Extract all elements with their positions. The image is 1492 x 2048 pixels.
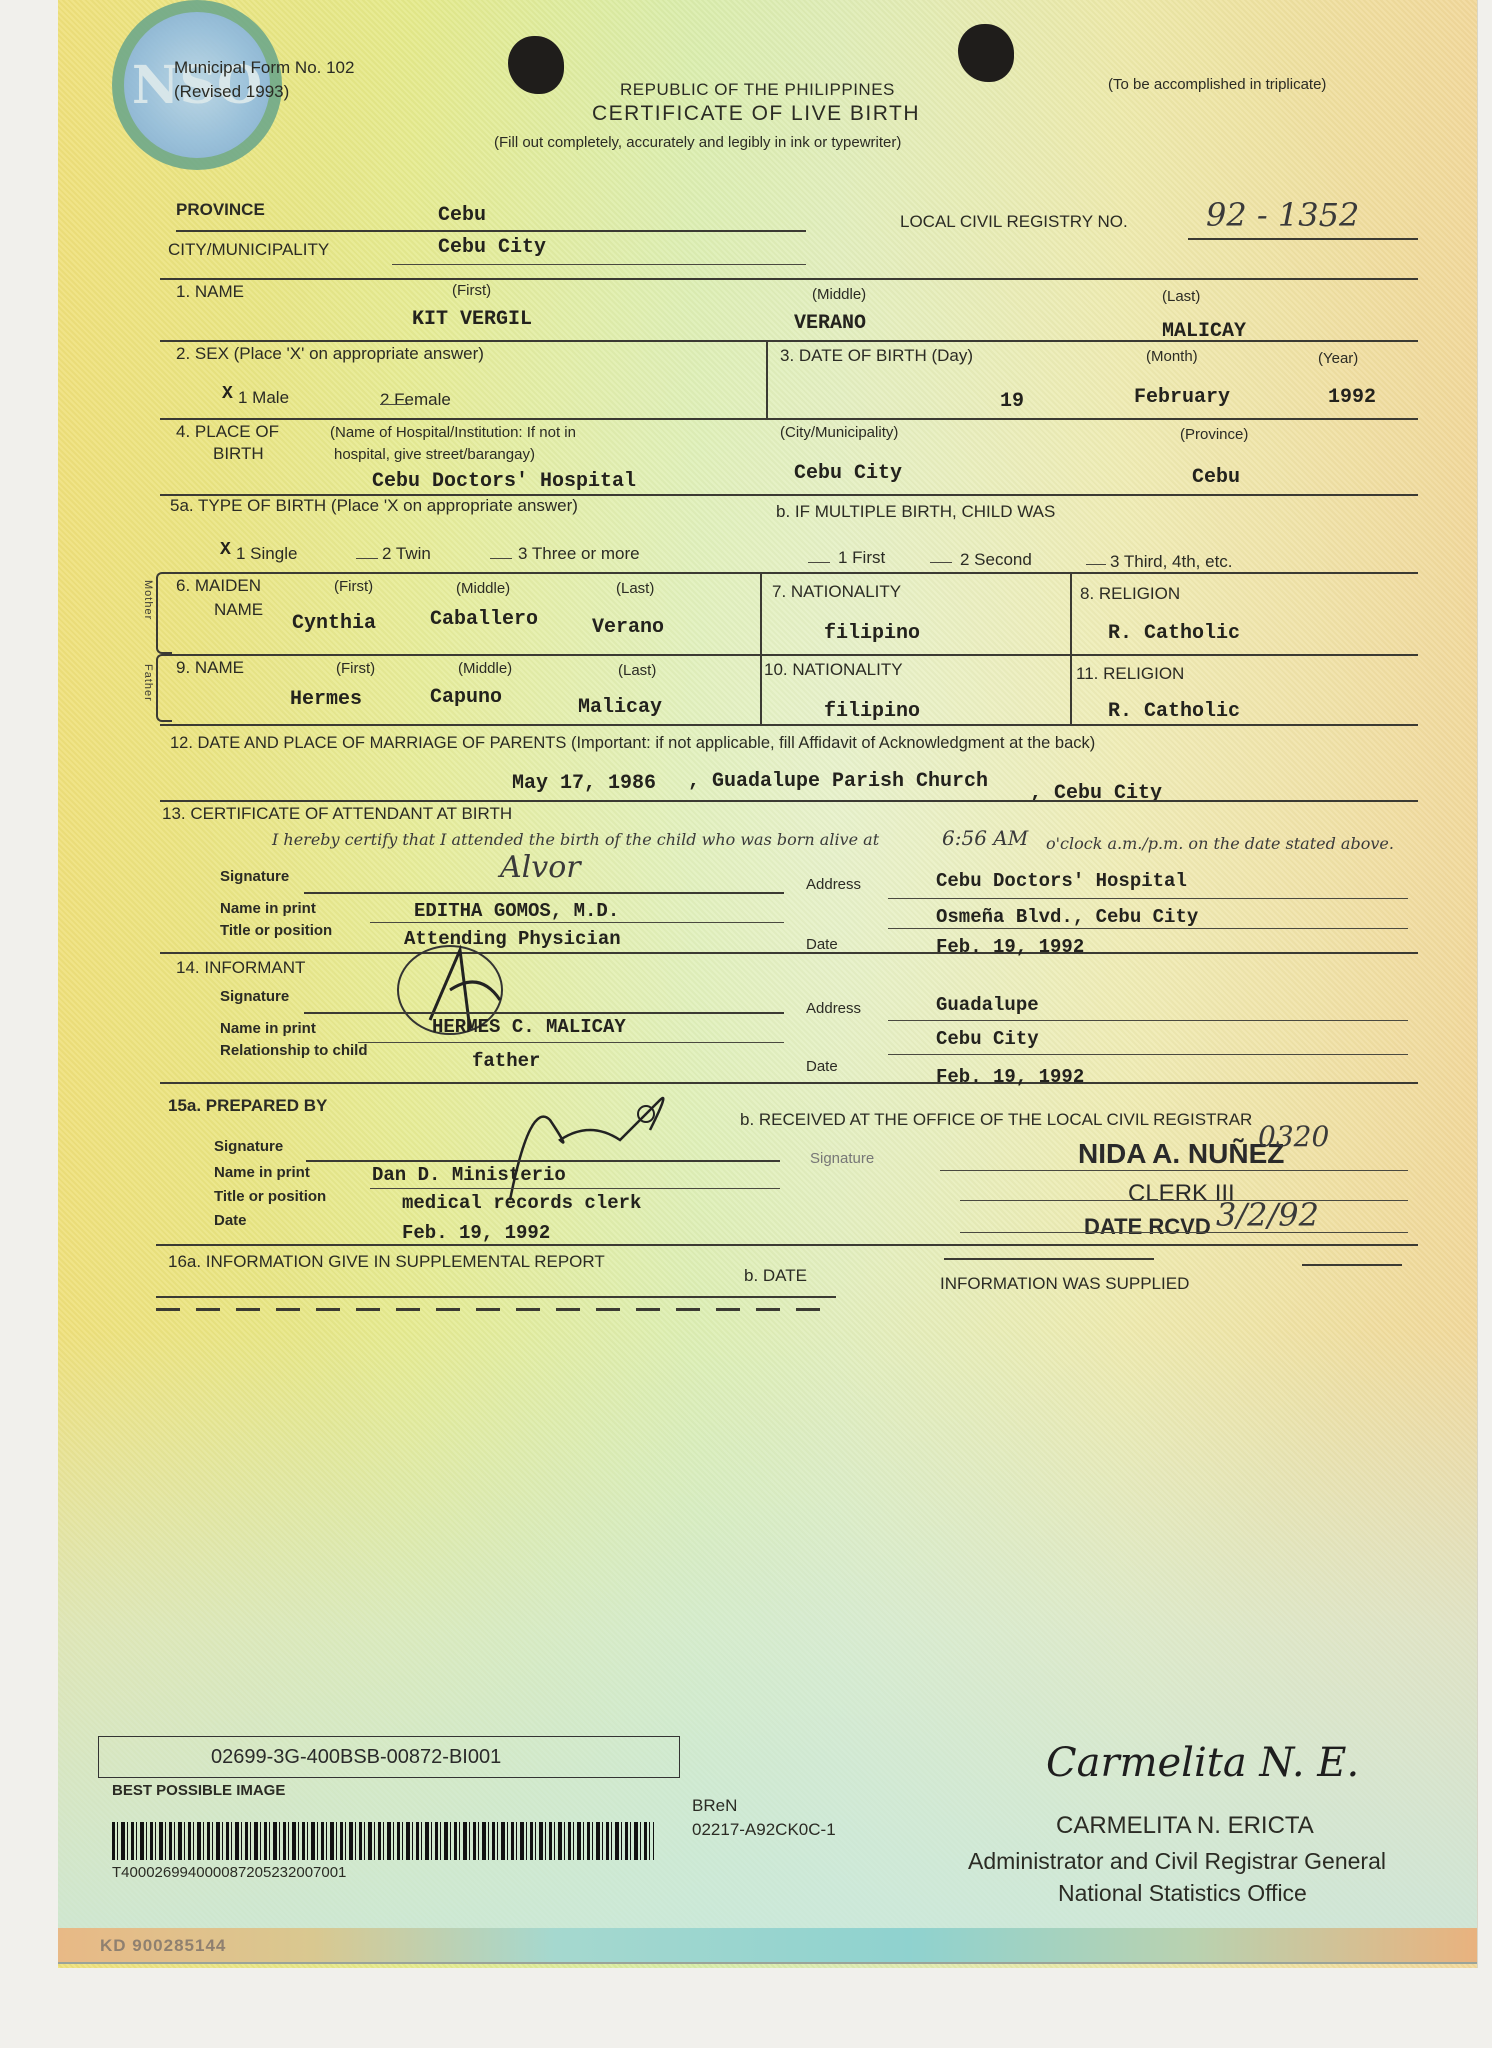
prepared-label: 15a. PREPARED BY — [168, 1096, 327, 1116]
republic-heading: REPUBLIC OF THE PHILIPPINES — [620, 80, 895, 100]
attendant-signature-label: Signature — [220, 868, 289, 885]
informant-relationship: father — [472, 1050, 540, 1072]
informant-label: 14. INFORMANT — [176, 958, 305, 978]
father-name-label: 9. NAME — [176, 658, 244, 678]
pob-province-label: (Province) — [1180, 426, 1248, 443]
attendant-certify-suffix: o'clock a.m./p.m. on the date stated abo… — [1046, 834, 1394, 853]
supplemental-label: 16a. INFORMATION GIVE IN SUPPLEMENTAL RE… — [168, 1252, 605, 1272]
pob-city: Cebu City — [794, 462, 902, 485]
bren-label: BReN — [692, 1796, 737, 1816]
mother-last-name: Verano — [592, 616, 664, 639]
type-mark: X — [220, 540, 231, 560]
type-option-single[interactable]: 1 Single — [236, 544, 297, 564]
attendant-signature: Alvor — [500, 850, 581, 885]
informant-date: Feb. 19, 1992 — [936, 1066, 1084, 1088]
lcr-number: 92 - 1352 — [1206, 196, 1359, 234]
type-of-birth-label: 5a. TYPE OF BIRTH (Place 'X on appropria… — [170, 496, 578, 516]
informant-name-label: Name in print — [220, 1020, 316, 1037]
mother-label-2: NAME — [214, 600, 263, 620]
father-side-label: Father — [142, 664, 154, 702]
received-stamp-number: 0320 — [1258, 1120, 1329, 1153]
registrar-general-name: CARMELITA N. ERICTA — [1056, 1812, 1314, 1840]
mother-religion-label: 8. RELIGION — [1080, 584, 1180, 604]
registrar-general-title: Administrator and Civil Registrar Genera… — [968, 1848, 1386, 1875]
best-possible-image-label: BEST POSSIBLE IMAGE — [112, 1782, 285, 1799]
marriage-label: 12. DATE AND PLACE OF MARRIAGE OF PARENT… — [170, 734, 1095, 753]
attendant-date: Feb. 19, 1992 — [936, 936, 1084, 958]
attendant-certify-text: I hereby certify that I attended the bir… — [272, 830, 879, 849]
mother-brace — [156, 572, 172, 654]
mother-first-name: Cynthia — [292, 612, 376, 635]
father-nationality: filipino — [824, 700, 920, 723]
registrar-general-signature: Carmelita N. E. — [1046, 1740, 1359, 1786]
informant-signature-label: Signature — [220, 988, 289, 1005]
father-last-name: Malicay — [578, 696, 662, 719]
received-stamp-name: NIDA A. NUÑEZ — [1078, 1138, 1284, 1170]
dob-day: 19 — [1000, 390, 1024, 413]
month-label: (Month) — [1146, 348, 1198, 365]
first-label: (First) — [452, 282, 491, 299]
punch-hole-icon — [508, 36, 564, 94]
sex-label: 2. SEX (Place 'X' on appropriate answer) — [176, 344, 484, 364]
received-stamp-date: 3/2/92 — [1216, 1196, 1319, 1234]
dob-label: 3. DATE OF BIRTH (Day) — [780, 346, 973, 366]
informant-address-1: Guadalupe — [936, 994, 1039, 1016]
received-signature-label: Signature — [810, 1150, 874, 1167]
attendant-address-1: Cebu Doctors' Hospital — [936, 870, 1187, 892]
father-religion: R. Catholic — [1108, 700, 1240, 723]
attendant-name-label: Name in print — [220, 900, 316, 917]
type-option-three[interactable]: 3 Three or more — [518, 544, 640, 564]
attendant-label: 13. CERTIFICATE OF ATTENDANT AT BIRTH — [162, 804, 512, 824]
prepared-title: medical records clerk — [402, 1192, 641, 1214]
mother-label-1: 6. MAIDEN — [176, 576, 261, 596]
office-name: National Statistics Office — [1058, 1880, 1307, 1907]
sex-mark: X — [222, 384, 233, 404]
triplicate-note: (To be accomplished in triplicate) — [1108, 76, 1326, 93]
attendant-name: EDITHA GOMOS, M.D. — [414, 900, 619, 922]
type-option-twin[interactable]: 2 Twin — [382, 544, 431, 564]
control-number-box: 02699-3G-400BSB-00872-BI001 — [98, 1736, 680, 1778]
multiple-birth-label: b. IF MULTIPLE BIRTH, CHILD WAS — [776, 502, 1055, 522]
mother-last-label: (Last) — [616, 580, 654, 597]
mother-middle-name: Caballero — [430, 608, 538, 631]
punch-hole-icon — [958, 24, 1014, 82]
mother-religion: R. Catholic — [1108, 622, 1240, 645]
form-number: Municipal Form No. 102 — [174, 58, 354, 78]
dob-month: February — [1134, 386, 1230, 409]
father-brace — [156, 654, 172, 722]
bren-number: 02217-A92CK0C-1 — [692, 1820, 836, 1840]
mother-first-label: (First) — [334, 578, 373, 595]
city-label: CITY/MUNICIPALITY — [168, 240, 329, 260]
dob-year: 1992 — [1328, 386, 1376, 409]
marriage-place: , Guadalupe Parish Church — [688, 770, 988, 793]
sex-option-female[interactable]: 2 Female — [380, 390, 451, 410]
pob-city-label: (City/Municipality) — [780, 424, 898, 441]
multiple-option-second[interactable]: 2 Second — [960, 550, 1032, 570]
form-revision: (Revised 1993) — [174, 82, 289, 102]
child-middle-name: VERANO — [794, 312, 866, 335]
pob-hospital: Cebu Doctors' Hospital — [372, 470, 636, 493]
informant-date-label: Date — [806, 1058, 838, 1075]
pob-province: Cebu — [1192, 466, 1240, 489]
certificate-title: CERTIFICATE OF LIVE BIRTH — [592, 102, 920, 126]
father-middle-label: (Middle) — [458, 660, 512, 677]
prepared-name: Dan D. Ministerio — [372, 1164, 566, 1186]
attendant-address-label: Address — [806, 876, 861, 893]
year-label: (Year) — [1318, 350, 1358, 367]
supplemental-info-label: INFORMATION WAS SUPPLIED — [940, 1274, 1189, 1294]
security-strip: KD 900285144 — [58, 1928, 1477, 1964]
supplemental-date-label: b. DATE — [744, 1266, 807, 1286]
birth-certificate-page: KD 900285144 — [58, 0, 1478, 1968]
received-stamp-date-label: DATE RCVD — [1084, 1214, 1211, 1240]
attendant-date-label: Date — [806, 936, 838, 953]
mother-nationality-label: 7. NATIONALITY — [772, 582, 901, 602]
preparer-signature-icon — [470, 1080, 690, 1210]
province-value: Cebu — [438, 204, 486, 227]
father-last-label: (Last) — [618, 662, 656, 679]
prepared-date-label: Date — [214, 1212, 247, 1229]
mother-side-label: Mother — [142, 580, 154, 620]
child-first-name: KIT VERGIL — [412, 308, 532, 331]
last-label: (Last) — [1162, 288, 1200, 305]
mother-nationality: filipino — [824, 622, 920, 645]
received-label: b. RECEIVED AT THE OFFICE OF THE LOCAL C… — [740, 1110, 1252, 1130]
multiple-option-third[interactable]: 3 Third, 4th, etc. — [1110, 552, 1233, 572]
prepared-date: Feb. 19, 1992 — [402, 1222, 550, 1244]
father-religion-label: 11. RELIGION — [1076, 664, 1184, 684]
attendant-birth-time: 6:56 AM — [942, 826, 1028, 850]
pob-label-2: BIRTH — [213, 444, 264, 464]
city-value: Cebu City — [438, 236, 546, 259]
middle-label: (Middle) — [812, 286, 866, 303]
mother-middle-label: (Middle) — [456, 580, 510, 597]
province-label: PROVINCE — [176, 200, 265, 220]
prepared-title-label: Title or position — [214, 1188, 326, 1205]
attendant-title-label: Title or position — [220, 922, 332, 939]
pob-label-1: 4. PLACE OF — [176, 422, 279, 442]
lcr-label: LOCAL CIVIL REGISTRY NO. — [900, 212, 1128, 232]
informant-address-label: Address — [806, 1000, 861, 1017]
father-first-name: Hermes — [290, 688, 362, 711]
prepared-name-label: Name in print — [214, 1164, 310, 1181]
informant-address-2: Cebu City — [936, 1028, 1039, 1050]
father-first-label: (First) — [336, 660, 375, 677]
informant-name: HERMES C. MALICAY — [432, 1016, 626, 1038]
child-name-label: 1. NAME — [176, 282, 244, 302]
father-middle-name: Capuno — [430, 686, 502, 709]
fill-instruction: (Fill out completely, accurately and leg… — [494, 134, 901, 151]
barcode-text: T400026994000087205232007001 — [112, 1864, 346, 1881]
marriage-date: May 17, 1986 — [512, 772, 656, 795]
serial-number: KD 900285144 — [100, 1936, 226, 1956]
informant-relationship-label: Relationship to child — [220, 1042, 368, 1059]
pob-hint-1: (Name of Hospital/Institution: If not in — [330, 424, 576, 441]
sex-option-male[interactable]: 1 Male — [238, 388, 289, 408]
prepared-signature-label: Signature — [214, 1138, 283, 1155]
control-number: 02699-3G-400BSB-00872-BI001 — [211, 1746, 501, 1769]
attendant-address-2: Osmeña Blvd., Cebu City — [936, 906, 1198, 928]
pob-hint-2: hospital, give street/barangay) — [334, 446, 535, 463]
barcode-icon — [112, 1822, 654, 1860]
multiple-option-first[interactable]: 1 First — [838, 548, 885, 568]
father-nationality-label: 10. NATIONALITY — [764, 660, 903, 680]
